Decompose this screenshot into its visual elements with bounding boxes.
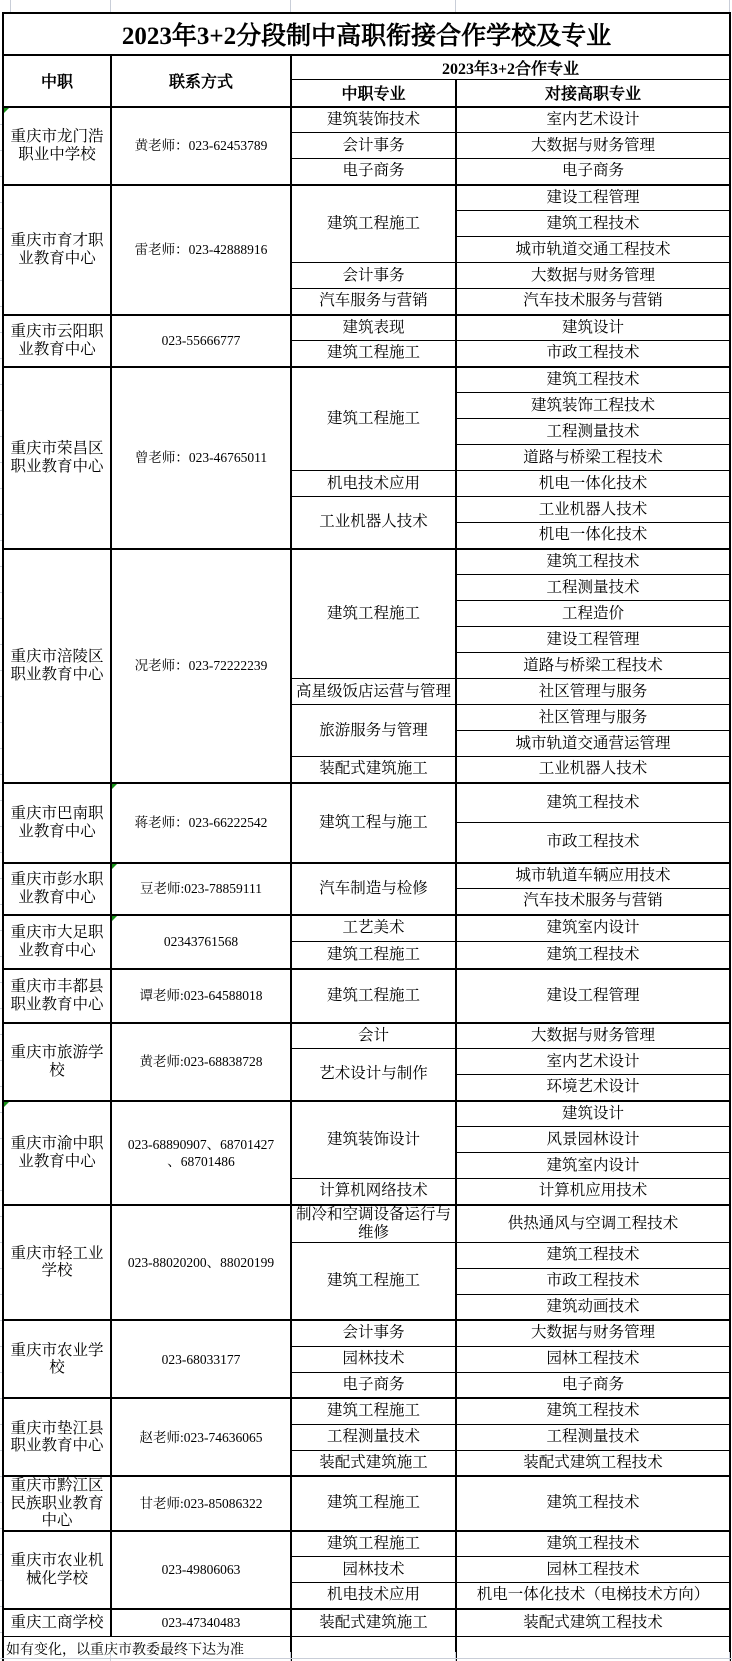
school-cell: 重庆市农业学 校 [3, 1320, 111, 1398]
table-row: 重庆工商学校023-47340483装配式建筑施工装配式建筑工程技术 [3, 1609, 730, 1637]
college-major-cell: 大数据与财务管理 [456, 1023, 730, 1049]
header-row-1: 中职 联系方式 2023年3+2合作专业 [3, 55, 730, 80]
gridline [110, 0, 111, 12]
school-cell: 重庆市大足职 业教育中心 [3, 915, 111, 969]
mid-major-cell: 会计 [291, 1023, 456, 1049]
gridline [729, 1652, 730, 1661]
college-major-cell: 电子商务 [456, 159, 730, 185]
contact-cell: 况老师：023-72222239 [111, 549, 291, 783]
contact-cell: 豆老师:023-78859111 [111, 863, 291, 915]
column-header-college-major: 对接高职专业 [456, 80, 730, 107]
table-row: 重庆市黔江区 民族职业教育 中心甘老师:023-85086322建筑工程施工建筑… [3, 1476, 730, 1531]
contact-cell: 曾老师：023-46765011 [111, 367, 291, 549]
college-major-cell: 建筑工程技术 [456, 1398, 730, 1424]
mid-major-cell: 园林技术 [291, 1557, 456, 1583]
table-row: 重庆市旅游学 校黄老师:023-68838728会计大数据与财务管理 [3, 1023, 730, 1049]
college-major-cell: 园林工程技术 [456, 1346, 730, 1372]
mid-major-cell: 会计事务 [291, 263, 456, 289]
gridline [290, 0, 291, 12]
college-major-cell: 室内艺术设计 [456, 1049, 730, 1075]
mid-major-cell: 建筑工程施工 [291, 185, 456, 263]
table-row: 重庆市农业机 械化学校023-49806063建筑工程施工建筑工程技术 [3, 1531, 730, 1557]
table-row: 重庆市大足职 业教育中心02343761568工艺美术建筑室内设计 [3, 915, 730, 942]
gridline [455, 0, 456, 12]
coop-programs-table: 2023年3+2分段制中高职衔接合作学校及专业 中职 联系方式 2023年3+2… [2, 12, 731, 1661]
mid-major-cell: 建筑工程施工 [291, 942, 456, 969]
college-major-cell: 城市轨道交通营运管理 [456, 731, 730, 757]
title-cell: 2023年3+2分段制中高职衔接合作学校及专业 [3, 13, 730, 55]
table-row: 重庆市荣昌区 职业教育中心曾老师：023-46765011建筑工程施工建筑工程技… [3, 367, 730, 393]
college-major-cell: 大数据与财务管理 [456, 133, 730, 159]
mid-major-cell: 电子商务 [291, 159, 456, 185]
college-major-cell: 建筑工程技术 [456, 942, 730, 969]
grid-strip-top [0, 0, 732, 12]
mid-major-cell: 建筑装饰技术 [291, 107, 456, 133]
mid-major-cell: 机电技术应用 [291, 1583, 456, 1609]
college-major-cell: 建筑工程技术 [456, 367, 730, 393]
table-row: 重庆市农业学 校023-68033177会计事务大数据与财务管理 [3, 1320, 730, 1346]
contact-cell: 023-68890907、68701427 、68701486 [111, 1101, 291, 1205]
mid-major-cell: 高星级饭店运营与管理 [291, 679, 456, 705]
school-cell: 重庆市轻工业 学校 [3, 1205, 111, 1321]
college-major-cell: 建筑动画技术 [456, 1294, 730, 1320]
mid-major-cell: 艺术设计与制作 [291, 1049, 456, 1101]
gridline [729, 0, 730, 12]
mid-major-cell: 工程测量技术 [291, 1424, 456, 1450]
gridline [110, 1652, 111, 1661]
table-row: 重庆市丰都县 职业教育中心谭老师:023-64588018建筑工程施工建设工程管… [3, 969, 730, 1023]
college-major-cell: 建筑工程技术 [456, 1242, 730, 1268]
mid-major-cell: 工业机器人技术 [291, 497, 456, 549]
mid-major-cell: 园林技术 [291, 1346, 456, 1372]
school-cell: 重庆市巴南职 业教育中心 [3, 783, 111, 863]
contact-cell: 023-47340483 [111, 1609, 291, 1637]
college-major-cell: 工业机器人技术 [456, 497, 730, 523]
school-cell: 重庆市龙门浩 职业中学校 [3, 107, 111, 185]
mid-major-cell: 制冷和空调设备运行与 维修 [291, 1205, 456, 1243]
table-row: 重庆市彭水职 业教育中心豆老师:023-78859111汽车制造与检修城市轨道车… [3, 863, 730, 889]
table-row: 重庆市垫江县 职业教育中心赵老师:023-74636065建筑工程施工建筑工程技… [3, 1398, 730, 1424]
school-cell: 重庆市云阳职 业教育中心 [3, 315, 111, 367]
contact-cell: 023-49806063 [111, 1531, 291, 1609]
column-header-mid-major: 中职专业 [291, 80, 456, 107]
page-title: 2023年3+2分段制中高职衔接合作学校及专业 [5, 16, 728, 52]
college-major-cell: 市政工程技术 [456, 341, 730, 367]
table-row: 重庆市育才职 业教育中心雷老师：023-42888916建筑工程施工建设工程管理 [3, 185, 730, 211]
college-major-cell: 室内艺术设计 [456, 107, 730, 133]
college-major-cell: 建筑工程技术 [456, 549, 730, 575]
college-major-cell: 建设工程管理 [456, 185, 730, 211]
mid-major-cell: 汽车服务与营销 [291, 289, 456, 315]
college-major-cell: 城市轨道交通工程技术 [456, 237, 730, 263]
college-major-cell: 机电一体化技术（电梯技术方向） [456, 1583, 730, 1609]
mid-major-cell: 汽车制造与检修 [291, 863, 456, 915]
column-header-coop-group: 2023年3+2合作专业 [291, 55, 730, 80]
title-row: 2023年3+2分段制中高职衔接合作学校及专业 [3, 13, 730, 55]
mid-major-cell: 旅游服务与管理 [291, 705, 456, 757]
college-major-cell: 机电一体化技术 [456, 523, 730, 549]
college-major-cell: 建筑工程技术 [456, 1476, 730, 1531]
college-major-cell: 装配式建筑工程技术 [456, 1450, 730, 1476]
school-cell: 重庆市旅游学 校 [3, 1023, 111, 1101]
mid-major-cell: 建筑工程施工 [291, 367, 456, 471]
contact-cell: 赵老师:023-74636065 [111, 1398, 291, 1476]
college-major-cell: 园林工程技术 [456, 1557, 730, 1583]
spreadsheet-sheet: 2023年3+2分段制中高职衔接合作学校及专业 中职 联系方式 2023年3+2… [0, 0, 732, 1661]
college-major-cell: 道路与桥梁工程技术 [456, 653, 730, 679]
college-major-cell: 建筑装饰工程技术 [456, 393, 730, 419]
contact-cell: 黄老师：023-62453789 [111, 107, 291, 185]
mid-major-cell: 装配式建筑施工 [291, 1450, 456, 1476]
college-major-cell: 市政工程技术 [456, 1268, 730, 1294]
college-major-cell: 建设工程管理 [456, 627, 730, 653]
table-row: 重庆市轻工业 学校023-88020200、88020199制冷和空调设备运行与… [3, 1205, 730, 1243]
mid-major-cell: 电子商务 [291, 1372, 456, 1398]
school-cell: 重庆工商学校 [3, 1609, 111, 1637]
mid-major-cell: 机电技术应用 [291, 471, 456, 497]
college-major-cell: 市政工程技术 [456, 823, 730, 863]
college-major-cell: 建设工程管理 [456, 969, 730, 1023]
gridline [455, 1652, 456, 1661]
mid-major-cell: 建筑表现 [291, 315, 456, 341]
mid-major-cell: 建筑工程施工 [291, 341, 456, 367]
school-cell: 重庆市涪陵区 职业教育中心 [3, 549, 111, 783]
mid-major-cell: 建筑工程施工 [291, 1242, 456, 1320]
college-major-cell: 风景园林设计 [456, 1127, 730, 1153]
table-row: 重庆市龙门浩 职业中学校黄老师：023-62453789建筑装饰技术室内艺术设计 [3, 107, 730, 133]
school-cell: 重庆市育才职 业教育中心 [3, 185, 111, 315]
college-major-cell: 建筑设计 [456, 315, 730, 341]
college-major-cell: 建筑工程技术 [456, 1531, 730, 1557]
table-row: 重庆市云阳职 业教育中心023-55666777建筑表现建筑设计 [3, 315, 730, 341]
college-major-cell: 供热通风与空调工程技术 [456, 1205, 730, 1243]
mid-major-cell: 会计事务 [291, 1320, 456, 1346]
college-major-cell: 环境艺术设计 [456, 1075, 730, 1101]
grid-strip-bottom [0, 1652, 732, 1661]
mid-major-cell: 建筑装饰设计 [291, 1101, 456, 1179]
contact-cell: 蒋老师：023-66222542 [111, 783, 291, 863]
mid-major-cell: 建筑工程施工 [291, 969, 456, 1023]
college-major-cell: 建筑工程技术 [456, 783, 730, 823]
contact-cell: 023-88020200、88020199 [111, 1205, 291, 1321]
school-cell: 重庆市丰都县 职业教育中心 [3, 969, 111, 1023]
contact-cell: 023-55666777 [111, 315, 291, 367]
college-major-cell: 建筑设计 [456, 1101, 730, 1127]
college-major-cell: 工程测量技术 [456, 419, 730, 445]
mid-major-cell: 建筑工程施工 [291, 1476, 456, 1531]
college-major-cell: 道路与桥梁工程技术 [456, 445, 730, 471]
column-header-contact: 联系方式 [111, 55, 291, 107]
mid-major-cell: 会计事务 [291, 133, 456, 159]
mid-major-cell: 装配式建筑施工 [291, 1609, 456, 1637]
college-major-cell: 汽车技术服务与营销 [456, 289, 730, 315]
mid-major-cell: 建筑工程与施工 [291, 783, 456, 863]
school-cell: 重庆市黔江区 民族职业教育 中心 [3, 1476, 111, 1531]
mid-major-cell: 装配式建筑施工 [291, 757, 456, 783]
school-cell: 重庆市渝中职 业教育中心 [3, 1101, 111, 1205]
college-major-cell: 工程测量技术 [456, 575, 730, 601]
contact-cell: 甘老师:023-85086322 [111, 1476, 291, 1531]
college-major-cell: 社区管理与服务 [456, 679, 730, 705]
college-major-cell: 建筑室内设计 [456, 915, 730, 942]
table-row: 重庆市涪陵区 职业教育中心况老师：023-72222239建筑工程施工建筑工程技… [3, 549, 730, 575]
college-major-cell: 电子商务 [456, 1372, 730, 1398]
college-major-cell: 建筑工程技术 [456, 211, 730, 237]
college-major-cell: 大数据与财务管理 [456, 1320, 730, 1346]
contact-cell: 谭老师:023-64588018 [111, 969, 291, 1023]
gridline [290, 1652, 291, 1661]
mid-major-cell: 建筑工程施工 [291, 549, 456, 679]
school-cell: 重庆市农业机 械化学校 [3, 1531, 111, 1609]
college-major-cell: 机电一体化技术 [456, 471, 730, 497]
mid-major-cell: 建筑工程施工 [291, 1398, 456, 1424]
college-major-cell: 装配式建筑工程技术 [456, 1609, 730, 1637]
college-major-cell: 工业机器人技术 [456, 757, 730, 783]
college-major-cell: 工程测量技术 [456, 1424, 730, 1450]
contact-cell: 雷老师：023-42888916 [111, 185, 291, 315]
college-major-cell: 城市轨道车辆应用技术 [456, 863, 730, 889]
contact-cell: 023-68033177 [111, 1320, 291, 1398]
school-cell: 重庆市垫江县 职业教育中心 [3, 1398, 111, 1476]
mid-major-cell: 工艺美术 [291, 915, 456, 942]
gridline [0, 1658, 732, 1659]
mid-major-cell: 计算机网络技术 [291, 1179, 456, 1205]
contact-cell: 黄老师:023-68838728 [111, 1023, 291, 1101]
college-major-cell: 建筑室内设计 [456, 1153, 730, 1179]
table-row: 重庆市渝中职 业教育中心023-68890907、68701427 、68701… [3, 1101, 730, 1127]
gridline [10, 0, 11, 12]
column-header-school: 中职 [3, 55, 111, 107]
college-major-cell: 工程造价 [456, 601, 730, 627]
mid-major-cell: 建筑工程施工 [291, 1531, 456, 1557]
school-cell: 重庆市荣昌区 职业教育中心 [3, 367, 111, 549]
college-major-cell: 大数据与财务管理 [456, 263, 730, 289]
college-major-cell: 汽车技术服务与营销 [456, 889, 730, 915]
contact-cell: 02343761568 [111, 915, 291, 969]
college-major-cell: 计算机应用技术 [456, 1179, 730, 1205]
table-row: 重庆市巴南职 业教育中心蒋老师：023-66222542建筑工程与施工建筑工程技… [3, 783, 730, 823]
college-major-cell: 社区管理与服务 [456, 705, 730, 731]
school-cell: 重庆市彭水职 业教育中心 [3, 863, 111, 915]
